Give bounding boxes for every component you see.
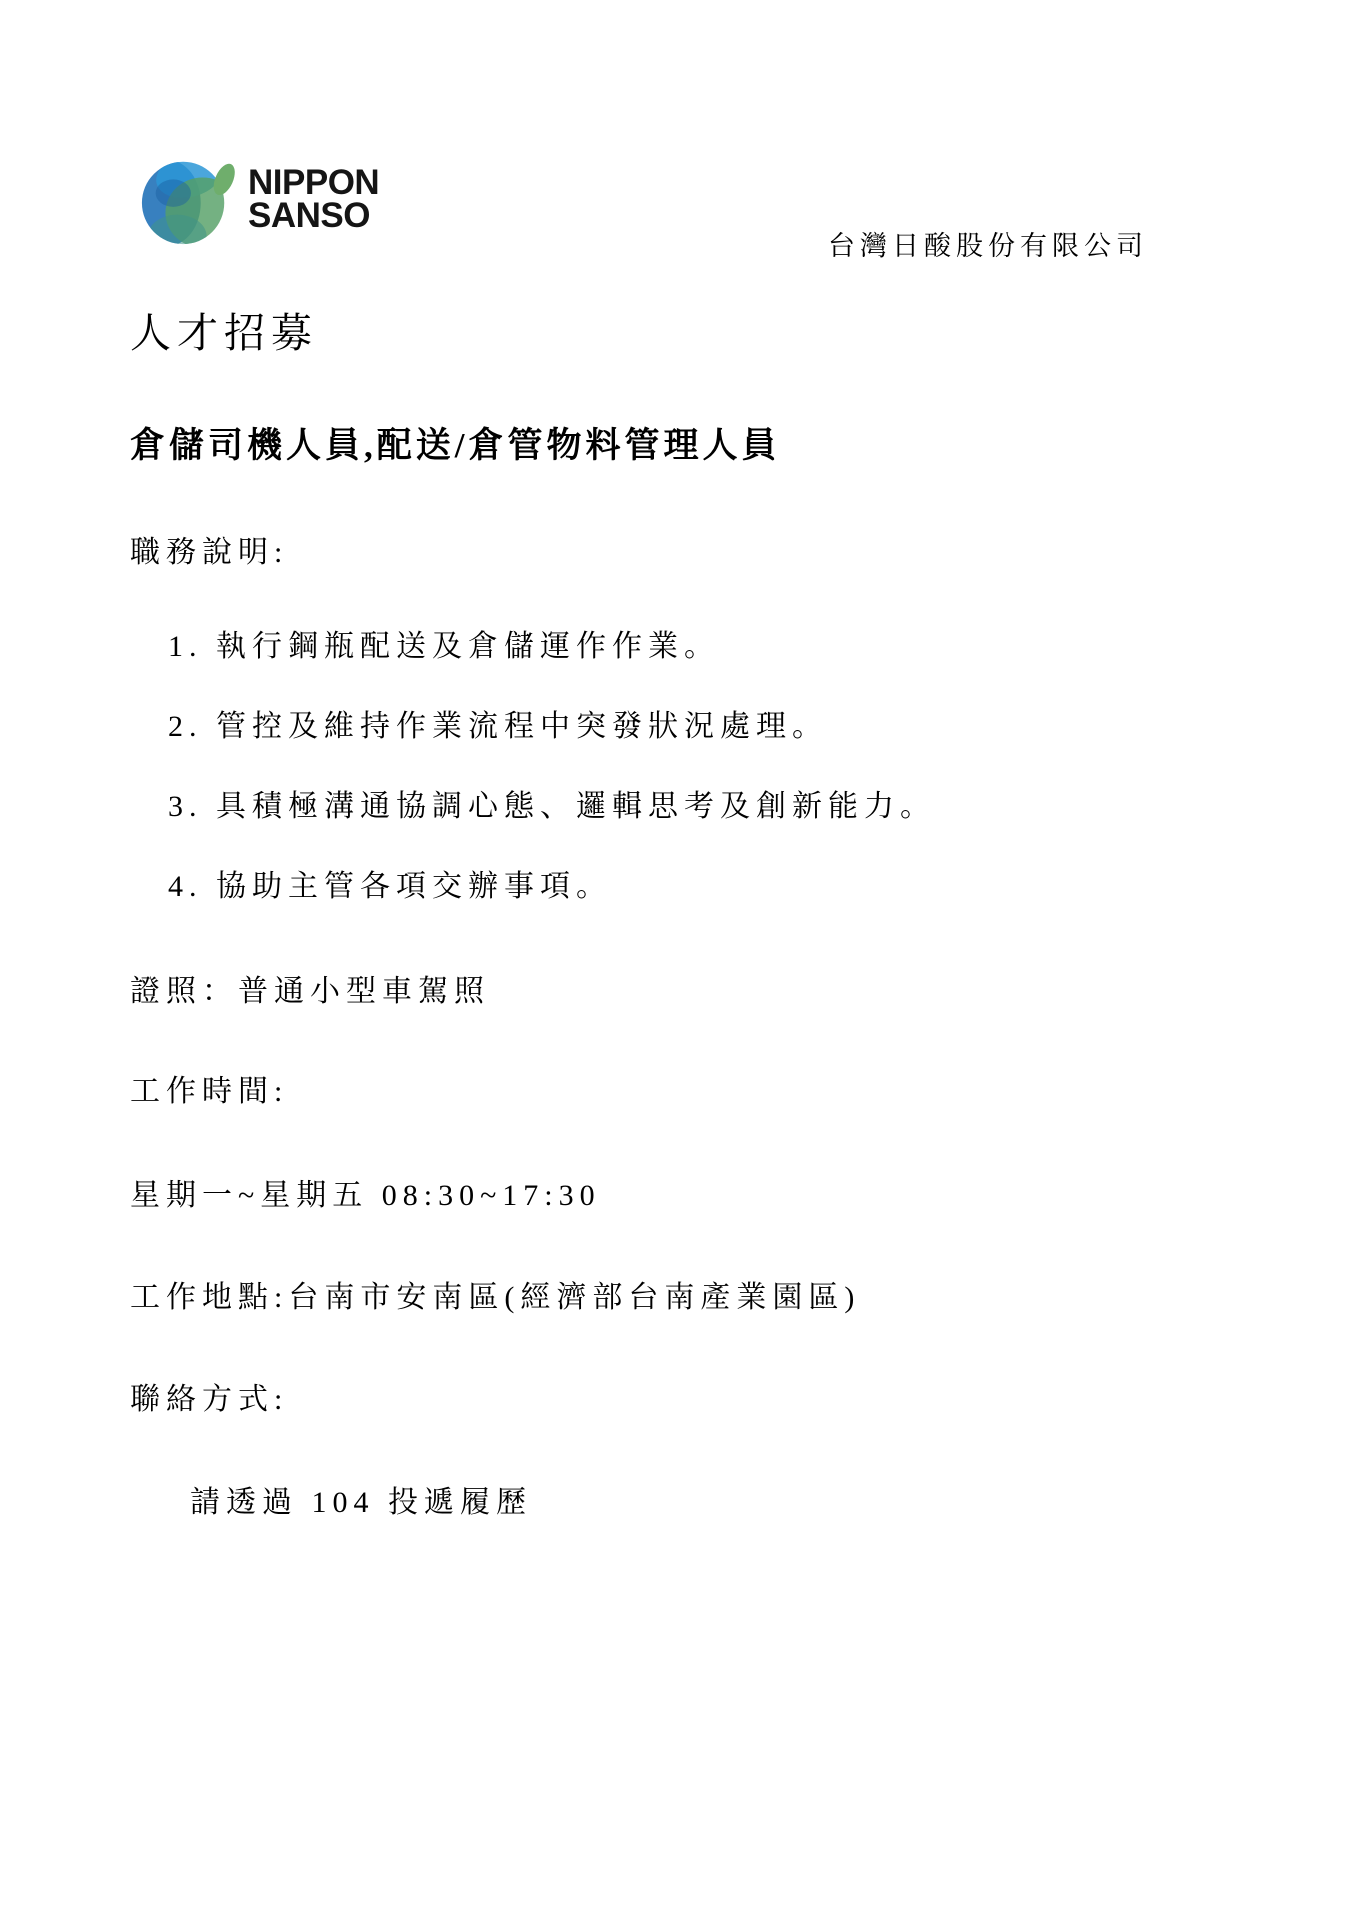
contact-value: 請透過 104 投遞履歷 (190, 1477, 532, 1521)
contact-heading: 聯絡方式: (130, 1374, 288, 1418)
company-name: 台灣日酸股份有限公司 (828, 224, 1148, 263)
duty-item: 2. 管控及維持作業流程中突發狀況處理。 (168, 701, 828, 745)
nippon-sanso-logo: NIPPON SANSO (138, 146, 379, 252)
duty-item: 1. 執行鋼瓶配送及倉儲運作作業。 (168, 621, 720, 665)
logo-wordmark-line2: SANSO (248, 199, 379, 232)
duty-item: 3. 具積極溝通協調心態、邏輯思考及創新能力。 (168, 781, 936, 825)
logo-wordmark: NIPPON SANSO (248, 166, 379, 233)
duties-heading: 職務說明: (130, 527, 288, 571)
globe-leaves-icon (138, 146, 236, 252)
duty-item: 4. 協助主管各項交辦事項。 (168, 861, 612, 905)
page-title: 人才招募 (130, 300, 318, 359)
job-title: 倉儲司機人員,配送/倉管物料管理人員 (130, 418, 780, 468)
logo-wordmark-line1: NIPPON (248, 166, 379, 199)
work-time-heading: 工作時間: (130, 1066, 288, 1110)
work-location-line: 工作地點:台南市安南區(經濟部台南產業園區) (130, 1272, 860, 1316)
license-line: 證照：普通小型車駕照 (130, 966, 490, 1010)
document-page: NIPPON SANSO 台灣日酸股份有限公司 人才招募 倉儲司機人員,配送/倉… (0, 0, 1357, 1920)
work-time-value: 星期一~星期五 08:30~17:30 (130, 1170, 601, 1214)
